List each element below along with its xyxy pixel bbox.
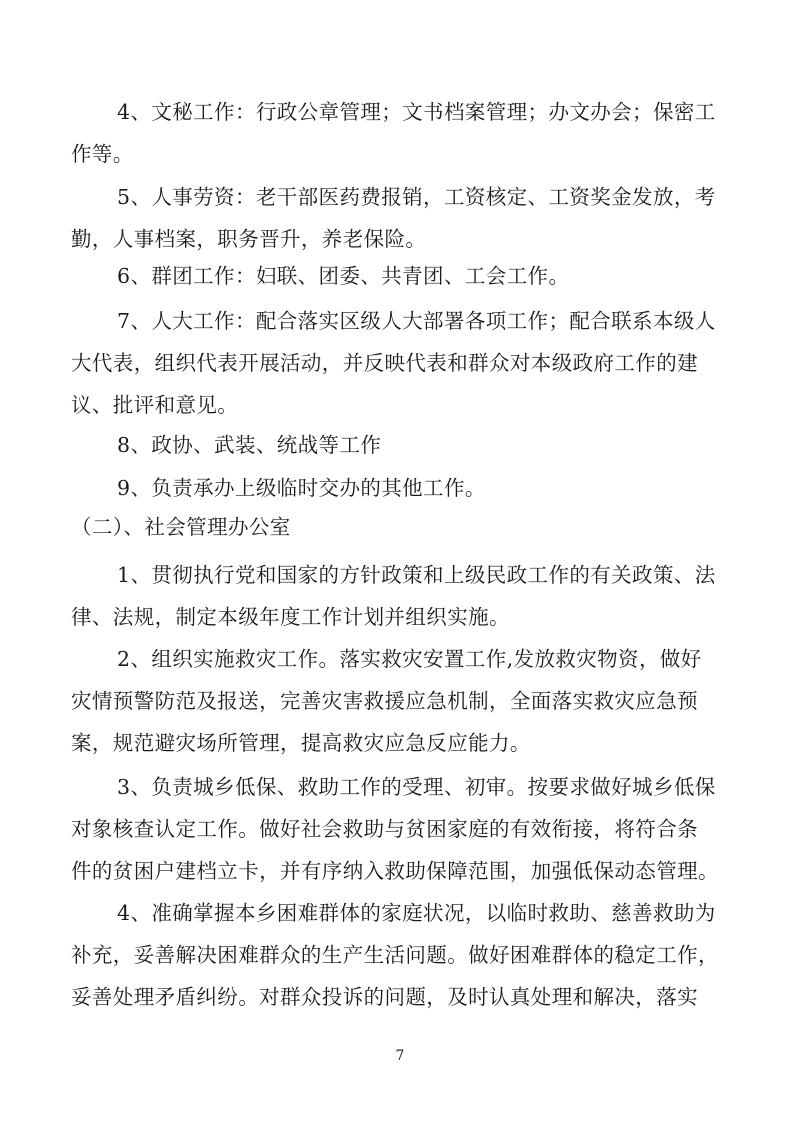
paragraph-line: 1、贯彻执行党和国家的方针政策和上级民政工作的有关政策、法: [117, 561, 777, 589]
paragraph-line: 补充，妥善解决困难群众的生产生活问题。做好困难群体的稳定工作，: [71, 941, 731, 969]
page-number: 7: [0, 1048, 800, 1064]
document-page: 4、文秘工作：行政公章管理；文书档案管理；办文办会；保密工 作等。 5、人事劳资…: [0, 0, 800, 1132]
paragraph-line: 勤，人事档案，职务晋升，养老保险。: [71, 225, 731, 253]
paragraph-line: 件的贫困户建档立卡，并有序纳入救助保障范围，加强低保动态管理。: [71, 857, 731, 885]
paragraph-line: 8、政协、武装、统战等工作: [117, 431, 777, 459]
paragraph-line: 灾情预警防范及报送，完善灾害救援应急机制，全面落实救灾应急预: [71, 687, 731, 715]
paragraph-line: 议、批评和意见。: [71, 391, 731, 419]
paragraph-line: 4、准确掌握本乡困难群体的家庭状况，以临时救助、慈善救助为: [117, 899, 777, 927]
paragraph-line: 律、法规，制定本级年度工作计划并组织实施。: [71, 603, 731, 631]
paragraph-line: 对象核查认定工作。做好社会救助与贫困家庭的有效衔接，将符合条: [71, 815, 731, 843]
paragraph-line: 案，规范避灾场所管理，提高救灾应急反应能力。: [71, 729, 731, 757]
paragraph-line: 大代表，组织代表开展活动，并反映代表和群众对本级政府工作的建: [71, 349, 731, 377]
paragraph-line: 6、群团工作：妇联、团委、共青团、工会工作。: [117, 262, 777, 290]
paragraph-line: 5、人事劳资：老干部医药费报销，工资核定、工资奖金发放，考: [117, 183, 777, 211]
paragraph-line: 3、负责城乡低保、救助工作的受理、初审。按要求做好城乡低保: [117, 773, 777, 801]
paragraph-line: 4、文秘工作：行政公章管理；文书档案管理；办文办会；保密工: [117, 98, 777, 126]
paragraph-line: 9、负责承办上级临时交办的其他工作。: [117, 474, 777, 502]
section-heading: （二）、社会管理办公室: [71, 513, 731, 541]
paragraph-line: 2、组织实施救灾工作。落实救灾安置工作,发放救灾物资，做好: [117, 645, 777, 673]
paragraph-line: 妥善处理矛盾纠纷。对群众投诉的问题，及时认真处理和解决，落实: [71, 983, 731, 1011]
paragraph-line: 作等。: [71, 140, 731, 168]
paragraph-line: 7、人大工作：配合落实区级人大部署各项工作；配合联系本级人: [117, 307, 777, 335]
